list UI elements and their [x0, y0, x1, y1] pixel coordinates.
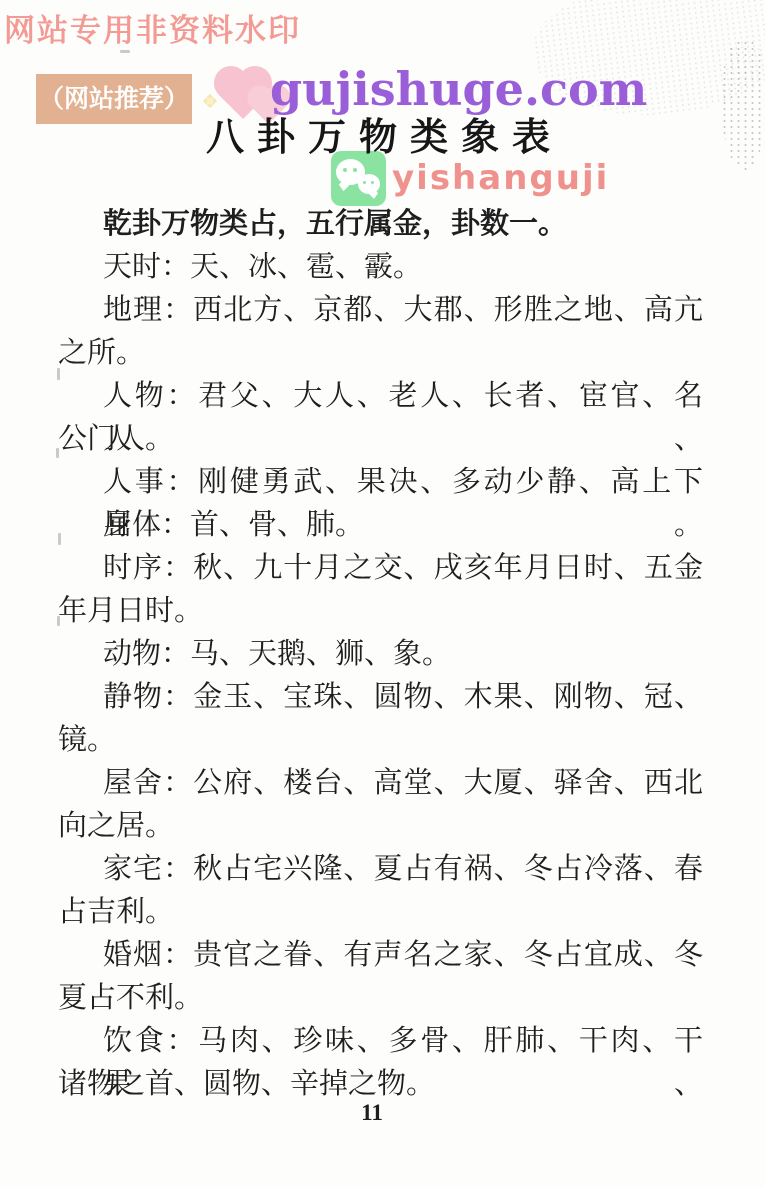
body-line: 夏占不利。: [58, 977, 703, 1020]
body-line: 之所。: [58, 332, 703, 375]
body-line: 人事：刚健勇武、果决、多动少静、高上下屈。: [58, 461, 703, 504]
body-line: 镜。: [58, 719, 703, 762]
body-line: 乾卦万物类占，五行属金，卦数一。: [58, 203, 703, 246]
body-line: 静物：金玉、宝珠、圆物、木果、刚物、冠、: [58, 676, 703, 719]
scanned-book-page: 网站专用非资料水印 （网站推荐） gujishuge.com yishanguj…: [0, 0, 765, 1187]
body-line: 天时：天、冰、雹、霰。: [58, 246, 703, 289]
page-number: 11: [352, 1100, 392, 1126]
scan-speck: [120, 50, 130, 53]
body-line: 年月日时。: [58, 590, 703, 633]
site-recommend-badge: （网站推荐）: [36, 74, 192, 124]
page-title: 八卦万物类象表: [206, 106, 563, 161]
body-text: 乾卦万物类占，五行属金，卦数一。天时：天、冰、雹、霰。地理：西北方、京都、大郡、…: [58, 203, 703, 1106]
body-line: 时序：秋、九十月之交、戌亥年月日时、五金: [58, 547, 703, 590]
body-line: 人物：君父、大人、老人、长者、宦官、名人、: [58, 375, 703, 418]
body-line: 占吉利。: [58, 891, 703, 934]
body-line: 动物：马、天鹅、狮、象。: [58, 633, 703, 676]
body-line: 婚烟：贵官之眷、有声名之家、冬占宜成、冬: [58, 934, 703, 977]
body-line: 地理：西北方、京都、大郡、形胜之地、高亢: [58, 289, 703, 332]
scan-noise-right-edge: [721, 40, 763, 170]
watermark-wechat-handle: yishanguji: [392, 158, 609, 198]
body-line: 屋舍：公府、楼台、高堂、大厦、驿舍、西北: [58, 762, 703, 805]
body-line: 向之居。: [58, 805, 703, 848]
wechat-bubble-small: [358, 174, 380, 194]
body-line: 饮食：马肉、珍味、多骨、肝肺、干肉、干果、: [58, 1020, 703, 1063]
body-line: 家宅：秋占宅兴隆、夏占有祸、冬占冷落、春: [58, 848, 703, 891]
watermark-top-note: 网站专用非资料水印: [4, 5, 301, 50]
